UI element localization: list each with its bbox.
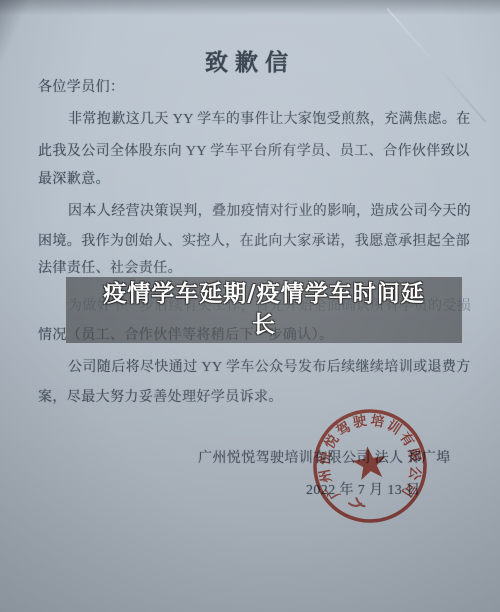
caption-line-2: 长 bbox=[252, 310, 276, 341]
letter-salutation: 各位学员们： bbox=[38, 76, 124, 96]
apology-letter-photo: 致歉信 各位学员们： 非常抱歉这几天 YY 学车的事件让大家饱受煎熬，充满焦虑。… bbox=[0, 0, 500, 612]
letter-line: 公司随后将尽快通过 YY 学车公众号发布后续继续培训或退费方 bbox=[68, 356, 471, 376]
letter-line: 案，尽最大努力妥善处理好学员诉求。 bbox=[38, 386, 283, 406]
letter-signature: 广州悦悦驾驶培训有限公司 法人 郑广埠 bbox=[198, 447, 451, 467]
letter-line: 非常抱歉这几天 YY 学车的事件让大家饱受煎熬，充满焦虑。在 bbox=[68, 108, 471, 128]
letter-line: 此我及公司全体股东向 YY 学车平台所有学员、员工、合作伙伴致以 bbox=[38, 140, 470, 160]
letter-line: 最深歉意。 bbox=[38, 168, 110, 188]
letter-line: 法律责任、社会责任。 bbox=[38, 257, 182, 277]
letter-line: 因本人经营决策误判，叠加疫情对行业的影响，造成公司今天的 bbox=[68, 200, 471, 220]
caption-line-1: 疫情学车延期/疫情学车时间延 bbox=[103, 279, 424, 310]
letter-date: 2022 年 7 月 13 日 bbox=[306, 479, 421, 499]
letter-line: 困境。我作为创始人、实控人，在此向大家承诺，我愿意承担起全部 bbox=[38, 230, 470, 250]
letter-title: 致歉信 bbox=[0, 44, 500, 77]
caption-banner: 疫情学车延期/疫情学车时间延 长 bbox=[66, 277, 462, 343]
